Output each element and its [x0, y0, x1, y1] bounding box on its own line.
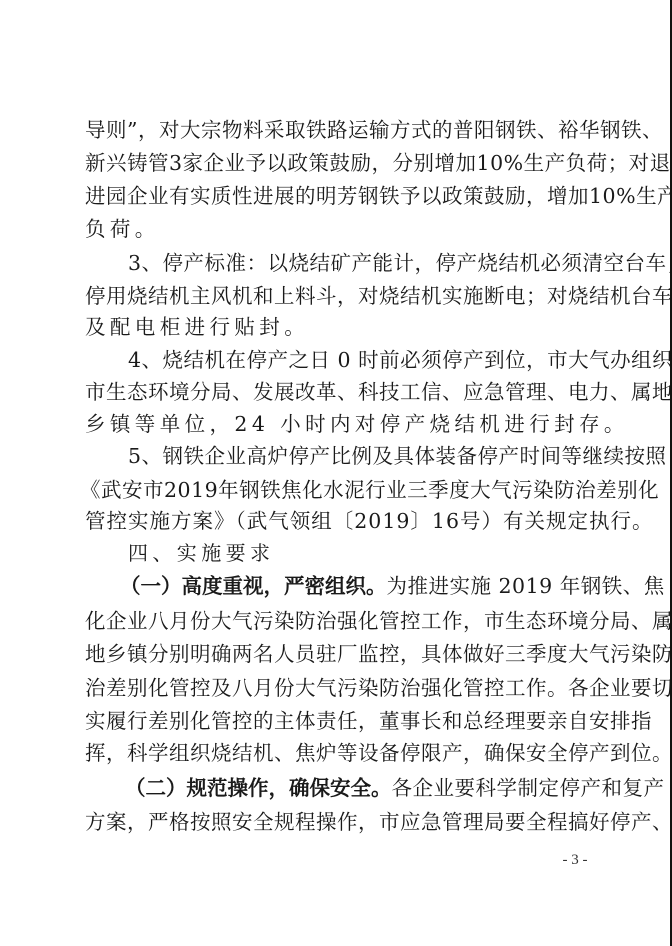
- body-text-line: 方案，严格按照安全规程操作，市应急管理局要全程搞好停产、: [85, 806, 590, 838]
- subsection-2-first-line: （二）规范操作，确保安全。各企业要科学制定停产和复产: [125, 772, 590, 804]
- body-text-line: 管控实施方案》（武气领组〔2019〕16号）有关规定执行。: [85, 505, 590, 537]
- subsection-1-title: （一）高度重视，严密组织。: [120, 574, 387, 598]
- document-page: 导则”，对大宗物料采取铁路运输方式的普阳钢铁、裕华钢铁、 新兴铸管3家企业予以政…: [0, 0, 670, 946]
- item-4-first-line: 4、烧结机在停产之日 0 时前必须停产到位，市大气办组织: [128, 344, 590, 376]
- body-text-line: 新兴铸管3家企业予以政策鼓励，分别增加10%生产负荷；对退城: [85, 147, 590, 179]
- item-3-first-line: 3、停产标准：以烧结矿产能计，停产烧结机必须清空台车；: [128, 247, 590, 279]
- body-text-line: 《武安市2019年钢铁焦化水泥行业三季度大气污染防治差别化: [80, 474, 590, 506]
- body-text-line: 乡镇等单位，24 小时内对停产烧结机进行封存。: [85, 408, 590, 440]
- body-text-line: 地乡镇分别明确两名人员驻厂监控，具体做好三季度大气污染防: [85, 638, 590, 670]
- body-text-line: 实履行差别化管控的主体责任，董事长和总经理要亲自安排指: [85, 705, 590, 737]
- body-text-line: 及配电柜进行贴封。: [85, 311, 590, 343]
- subsection-1-first-line: （一）高度重视，严密组织。为推进实施 2019 年钢铁、焦: [120, 570, 590, 602]
- page-number: - 3 -: [555, 848, 595, 872]
- body-text-line: 治差别化管控及八月份大气污染防治强化管控工作。各企业要切: [85, 672, 590, 704]
- body-text-line: 化企业八月份大气污染防治强化管控工作，市生态环境分局、属: [85, 605, 590, 637]
- section-heading: 四、实施要求: [128, 537, 590, 569]
- item-5-first-line: 5、钢铁企业高炉停产比例及具体装备停产时间等继续按照: [128, 440, 590, 472]
- body-text-line: 挥，科学组织烧结机、焦炉等设备停限产，确保安全停产到位。: [85, 737, 590, 769]
- subsection-2-text: 各企业要科学制定停产和复产: [392, 776, 665, 800]
- body-text-line: 停用烧结机主风机和上料斗，对烧结机实施断电；对烧结机台车: [85, 280, 590, 312]
- body-text-line: 导则”，对大宗物料采取铁路运输方式的普阳钢铁、裕华钢铁、: [85, 114, 590, 146]
- body-text-line: 市生态环境分局、发展改革、科技工信、应急管理、电力、属地: [85, 376, 590, 408]
- subsection-1-text: 为推进实施 2019 年钢铁、焦: [387, 574, 665, 598]
- subsection-2-title: （二）规范操作，确保安全。: [125, 776, 392, 800]
- body-text-line: 负荷。: [85, 213, 590, 245]
- body-text-line: 进园企业有实质性进展的明芳钢铁予以政策鼓励，增加10%生产: [85, 180, 590, 212]
